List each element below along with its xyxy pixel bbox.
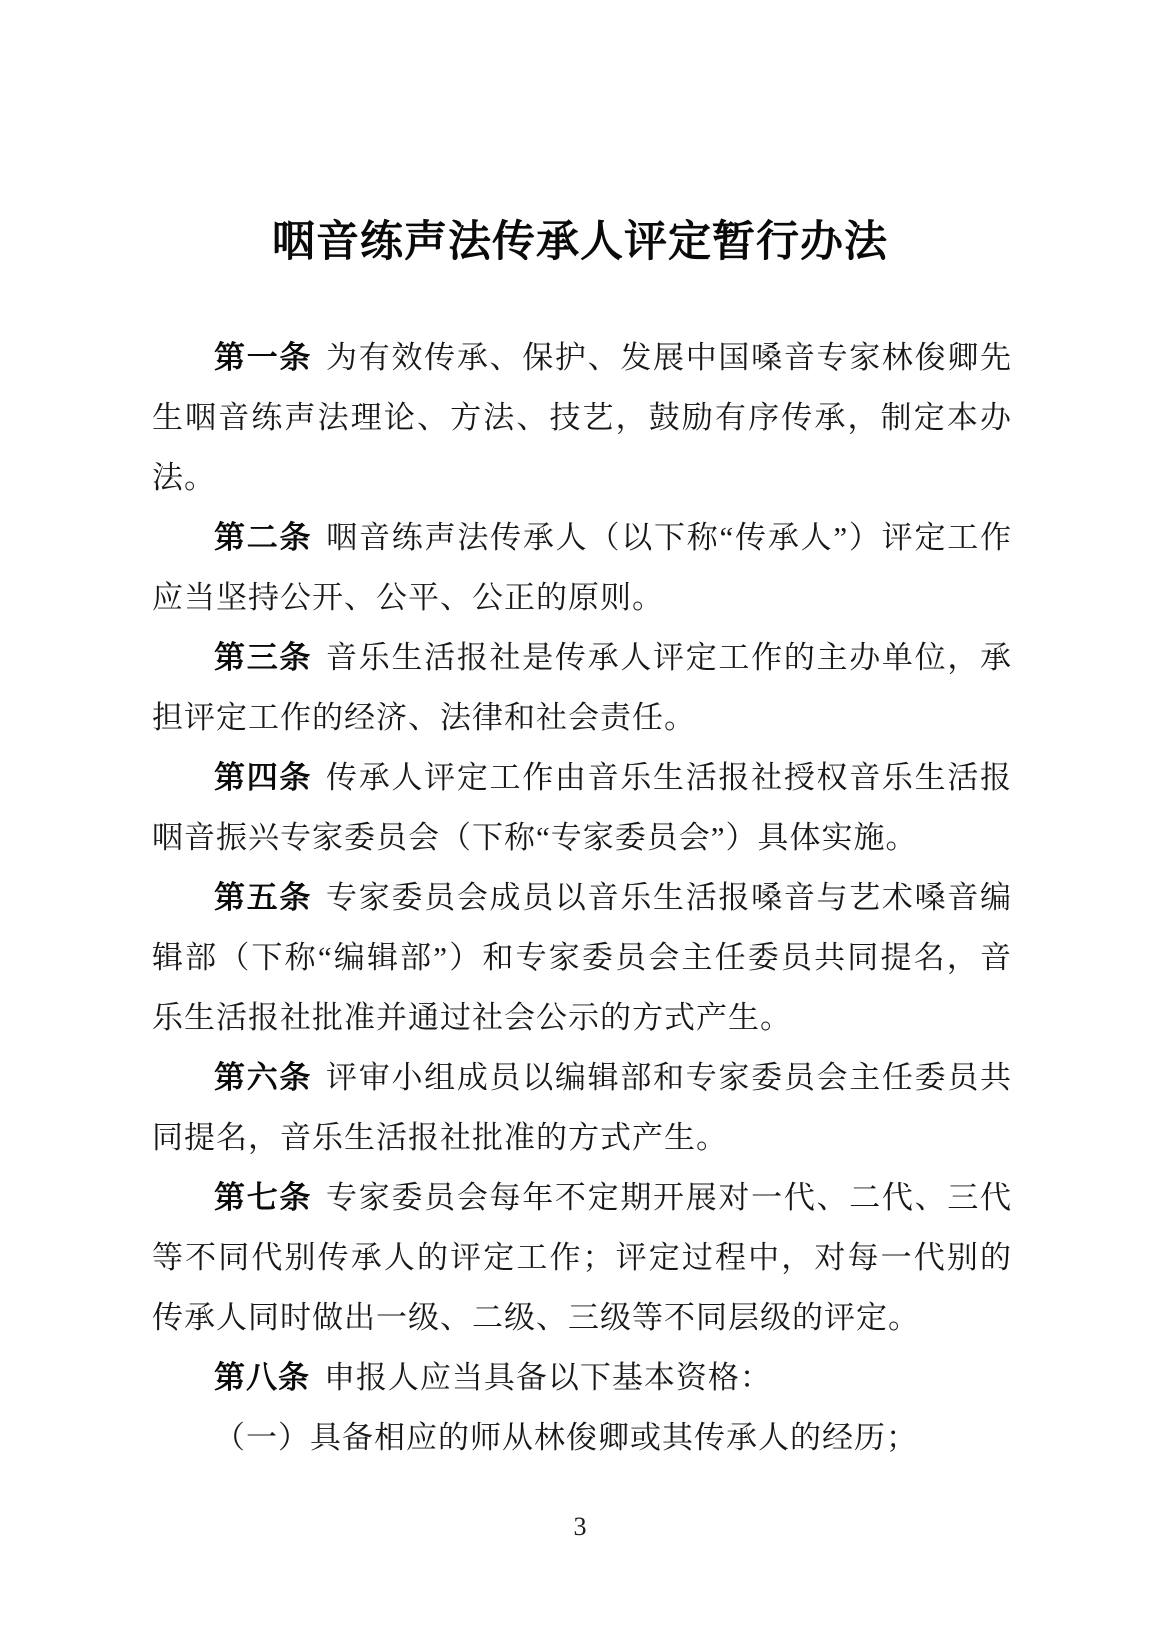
document-page: 咽音练声法传承人评定暂行办法 第一条为有效传承、保护、发展中国嗓音专家林俊卿先生… — [0, 0, 1160, 1640]
article-label: 第八条 — [214, 1360, 310, 1395]
article-paragraph: 第六条评审小组成员以编辑部和专家委员会主任委员共同提名，音乐生活报社批准的方式产… — [152, 1048, 1012, 1168]
article-label: 第四条 — [214, 760, 312, 795]
article-text: （一）具备相应的师从林俊卿或其传承人的经历； — [214, 1420, 918, 1455]
article-paragraph: 第八条申报人应当具备以下基本资格： — [152, 1348, 1012, 1408]
article-label: 第一条 — [214, 340, 312, 375]
document-body: 第一条为有效传承、保护、发展中国嗓音专家林俊卿先生咽音练声法理论、方法、技艺，鼓… — [152, 328, 1012, 1468]
document-title: 咽音练声法传承人评定暂行办法 — [0, 208, 1160, 269]
article-paragraph: 第二条咽音练声法传承人（以下称“传承人”）评定工作应当坚持公开、公平、公正的原则… — [152, 508, 1012, 628]
article-label: 第三条 — [214, 640, 312, 675]
article-paragraph: 第七条专家委员会每年不定期开展对一代、二代、三代等不同代别传承人的评定工作；评定… — [152, 1168, 1012, 1348]
article-text: 申报人应当具备以下基本资格： — [324, 1360, 772, 1395]
article-paragraph: 第三条音乐生活报社是传承人评定工作的主办单位，承担评定工作的经济、法律和社会责任… — [152, 628, 1012, 748]
article-label: 第六条 — [214, 1060, 312, 1095]
article-paragraph: 第五条专家委员会成员以音乐生活报嗓音与艺术嗓音编辑部（下称“编辑部”）和专家委员… — [152, 868, 1012, 1048]
article-label: 第二条 — [214, 520, 312, 555]
article-paragraph: 第一条为有效传承、保护、发展中国嗓音专家林俊卿先生咽音练声法理论、方法、技艺，鼓… — [152, 328, 1012, 508]
page-number: 3 — [0, 1512, 1160, 1542]
article-paragraph: 第四条传承人评定工作由音乐生活报社授权音乐生活报咽音振兴专家委员会（下称“专家委… — [152, 748, 1012, 868]
article-paragraph: （一）具备相应的师从林俊卿或其传承人的经历； — [152, 1408, 1012, 1468]
article-label: 第七条 — [214, 1180, 312, 1215]
article-label: 第五条 — [214, 880, 312, 915]
